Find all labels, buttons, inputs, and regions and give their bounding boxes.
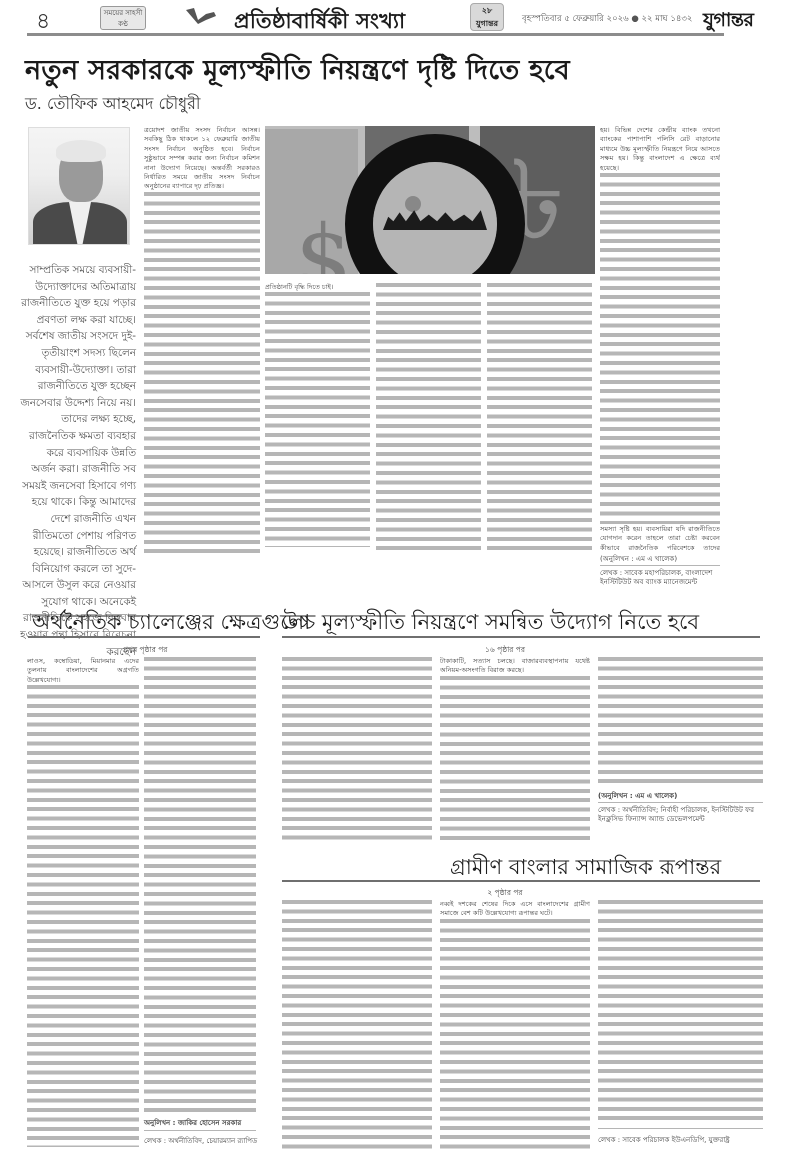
section-left-continued: প্রথম পৃষ্ঠার পর [30, 645, 260, 657]
section-bottom-text: নব্বই দশকের শেষের দিকে এসে বাংলাদেশের গ্… [440, 900, 590, 919]
lead-column-5: হয়। বিভিন্ন দেশের কেন্দ্রীয় ব্যাংক তখন… [600, 126, 720, 524]
section-bottom-author-note: লেখক : সাবেক পরিচালক ইউএনডিপি, যুক্তরাষ্… [598, 1134, 730, 1146]
section-left-translator: অনুলিখন : জাকির হোসেন সরকার [144, 1117, 241, 1129]
section-bottom-continued: ২ পৃষ্ঠার পর [390, 888, 620, 900]
section-right-translator: (অনুলিখন : এম এ খালেক) [598, 790, 677, 802]
credit-divider [598, 802, 763, 803]
lead-byline: ড. তৌফিক আহমেদ চৌধুরী [25, 91, 201, 118]
dollar-sign-graphic: $ [295, 206, 352, 274]
lead-col5-text: হয়। বিভিন্ন দেশের কেন্দ্রীয় ব্যাংক তখন… [600, 126, 720, 173]
lead-column-3 [376, 283, 481, 553]
anniversary-logo: ২৮ যুগান্তর [470, 3, 504, 31]
section-right-continued: ১৬ পৃষ্ঠার পর [390, 645, 620, 657]
section-right-column-1 [282, 657, 432, 842]
masthead-rule [27, 33, 724, 36]
section-right-column-2: টাকাকাটি, সত্যাস চলছে। বাজারব্যবস্থাপনায… [440, 657, 590, 842]
section-bottom-column-2: নব্বই দশকের শেষের দিকে এসে বাংলাদেশের গ্… [440, 900, 590, 1150]
lead-col1-text: ত্রয়োদশ জাতীয় সংসদ নির্বাচন আসন্ন। সবক… [144, 126, 260, 192]
credit-divider [600, 565, 720, 566]
section-bottom-column-1 [282, 900, 432, 1150]
lead-column-1: ত্রয়োদশ জাতীয় সংসদ নির্বাচন আসন্ন। সবক… [144, 126, 260, 556]
lead-closing: সমস্যা সৃষ্টি হয়। ব্যবসায়িরা যদি রাজনী… [600, 525, 720, 553]
lead-column-4 [487, 283, 592, 553]
section-right-column-3 [598, 657, 763, 787]
section-left-column-2 [144, 657, 256, 1127]
ribbon-icon [184, 6, 218, 26]
inflation-illustration: $ ৳ [265, 126, 595, 274]
pull-quote: সাম্প্রতিক সময়ে ব্যবসায়ী-উদ্যোক্তাদের … [20, 262, 136, 660]
lead-col2-text: প্রতিষ্ঠানটি বৃদ্ধি দিতে চাই। [265, 283, 370, 292]
lead-translator: (অনুলিখন : এম এ খালেক) [600, 553, 677, 565]
section-bottom-column-3 [598, 900, 763, 1125]
section-left-column-1: লাওস, কম্বোডিয়া, মিয়ানমার এদের তুলনায়… [27, 657, 139, 1147]
section-right-text: টাকাকাটি, সত্যাস চলছে। বাজারব্যবস্থাপনায… [440, 657, 590, 676]
section-bottom-rule [282, 880, 760, 882]
dateline: বৃহস্পতিবার ৫ ফেব্রুয়ারি ২০২৬ ● ২২ মাঘ … [522, 12, 692, 26]
lead-author-note: লেখক : সাবেক মহাপরিচালক, বাংলাদেশ ইনস্টি… [600, 569, 722, 587]
credit-divider [144, 1130, 256, 1131]
section-left-text: লাওস, কম্বোডিয়া, মিয়ানমার এদের তুলনায়… [27, 657, 139, 685]
masthead: ৪ সময়ের সাহসী কণ্ঠ প্রতিষ্ঠাবার্ষিকী সং… [0, 0, 797, 34]
author-photo [28, 127, 130, 245]
slogan-logo: সময়ের সাহসী কণ্ঠ [100, 6, 146, 30]
credit-divider [598, 1128, 763, 1129]
section-right-author-note: লেখক : অর্থনীতিবিদ; নির্বাহী পরিচালক, ইন… [598, 806, 763, 824]
section-left-rule [28, 636, 260, 638]
section-right-rule [282, 636, 760, 638]
lead-headline: নতুন সরকারকে মূল্যস্ফীতি নিয়ন্ত্রণে দৃষ… [25, 50, 570, 95]
lead-column-2: প্রতিষ্ঠানটি বৃদ্ধি দিতে চাই। [265, 283, 370, 553]
lead-closing-text: সমস্যা সৃষ্টি হয়। ব্যবসায়িরা যদি রাজনী… [600, 525, 720, 553]
section-left-author-note: লেখক : অর্থনীতিবিদ, চেয়ারম্যান র‌্যাপিড [144, 1135, 257, 1147]
